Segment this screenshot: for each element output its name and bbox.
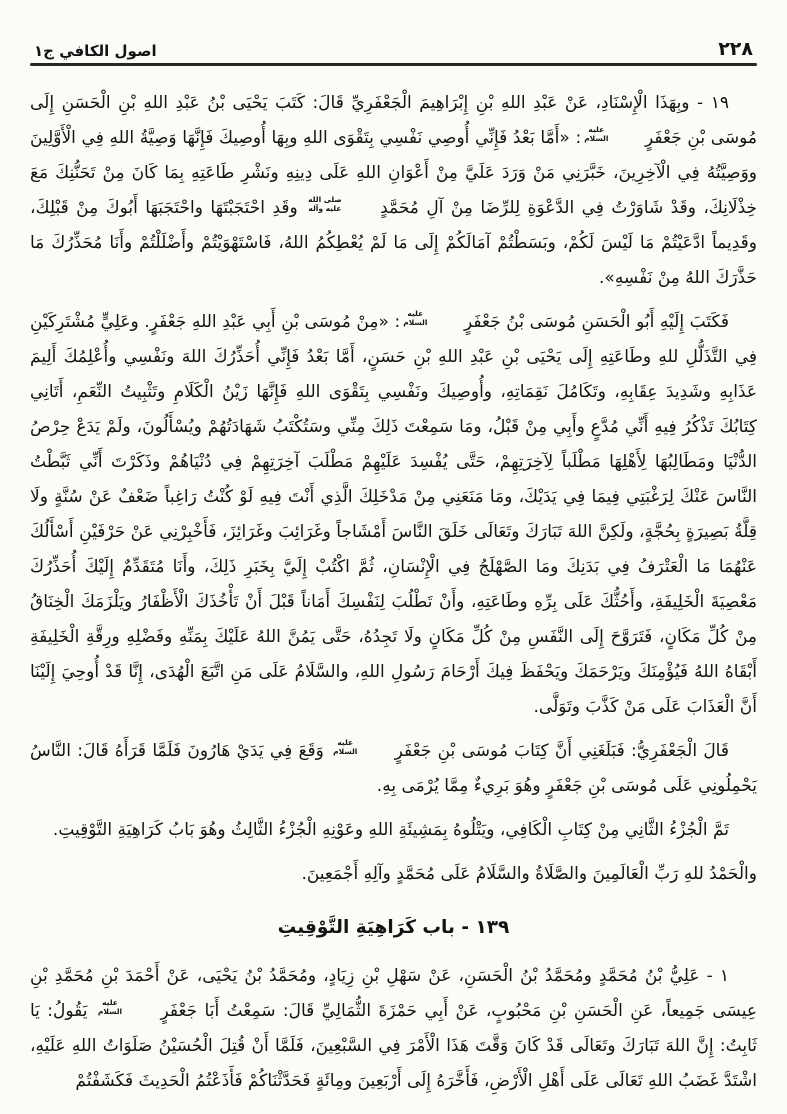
- paragraph-text: والْحَمْدُ للهِ رَبِّ الْعَالَمِينَ والص…: [301, 864, 757, 884]
- page-body: ١٩ - وبِهَذَا الْإِسْنَادِ، عَنْ عَبْدِ …: [30, 86, 757, 1099]
- volume-colophon: تَمَّ الْجُزْءُ الثَّانِي مِنْ كِتَابِ ا…: [30, 813, 757, 848]
- imam-reply-letter: فَكَتَبَ إِلَيْهِ أَبُو الْحَسَنِ مُوسَى…: [30, 305, 757, 725]
- hamdala-closing: والْحَمْدُ للهِ رَبِّ الْعَالَمِينَ والص…: [30, 857, 757, 892]
- book-page: ٢٢٨ اصول الكافي ج١ ١٩ - وبِهَذَا الْإِسْ…: [0, 0, 787, 1114]
- honorific-mark: صلى اللهعليه وآله: [308, 196, 370, 213]
- hadith-19-letter-of-yahya: ١٩ - وبِهَذَا الْإِسْنَادِ، عَنْ عَبْدِ …: [30, 86, 757, 296]
- paragraph-text: قَالَ الْجَعْفَرِيُّ: فَبَلَغَنِي أَنَّ …: [388, 741, 729, 761]
- honorific-mark: عليهالسلام: [333, 739, 385, 756]
- honorific-mark: عليهالسلام: [98, 999, 150, 1016]
- running-header-title: اصول الكافي ج١: [34, 42, 157, 60]
- paragraph-text: فَكَتَبَ إِلَيْهِ أَبُو الْحَسَنِ مُوسَى…: [458, 312, 729, 332]
- page-number: ٢٢٨: [718, 38, 753, 60]
- honorific-mark: عليهالسلام: [403, 310, 455, 327]
- page-header: ٢٢٨ اصول الكافي ج١: [30, 26, 757, 60]
- paragraph-text: : «مِنْ مُوسَى بْنِ أَبِي عَبْدِ اللهِ ج…: [30, 312, 757, 717]
- header-divider: [30, 63, 757, 66]
- jafari-comment: قَالَ الْجَعْفَرِيُّ: فَبَلَغَنِي أَنَّ …: [30, 734, 757, 804]
- honorific-mark: عليهالسلام: [584, 126, 636, 143]
- paragraph-text: تَمَّ الْجُزْءُ الثَّانِي مِنْ كِتَابِ ا…: [53, 820, 729, 840]
- chapter-heading: ١٣٩ - باب كَرَاهِيَةِ التَّوْقِيتِ: [30, 910, 757, 945]
- hadith-1-bab-karahiyat-altawqit: ١ - عَلِيُّ بْنُ مُحَمَّدٍ ومُحَمَّدُ بْ…: [30, 959, 757, 1099]
